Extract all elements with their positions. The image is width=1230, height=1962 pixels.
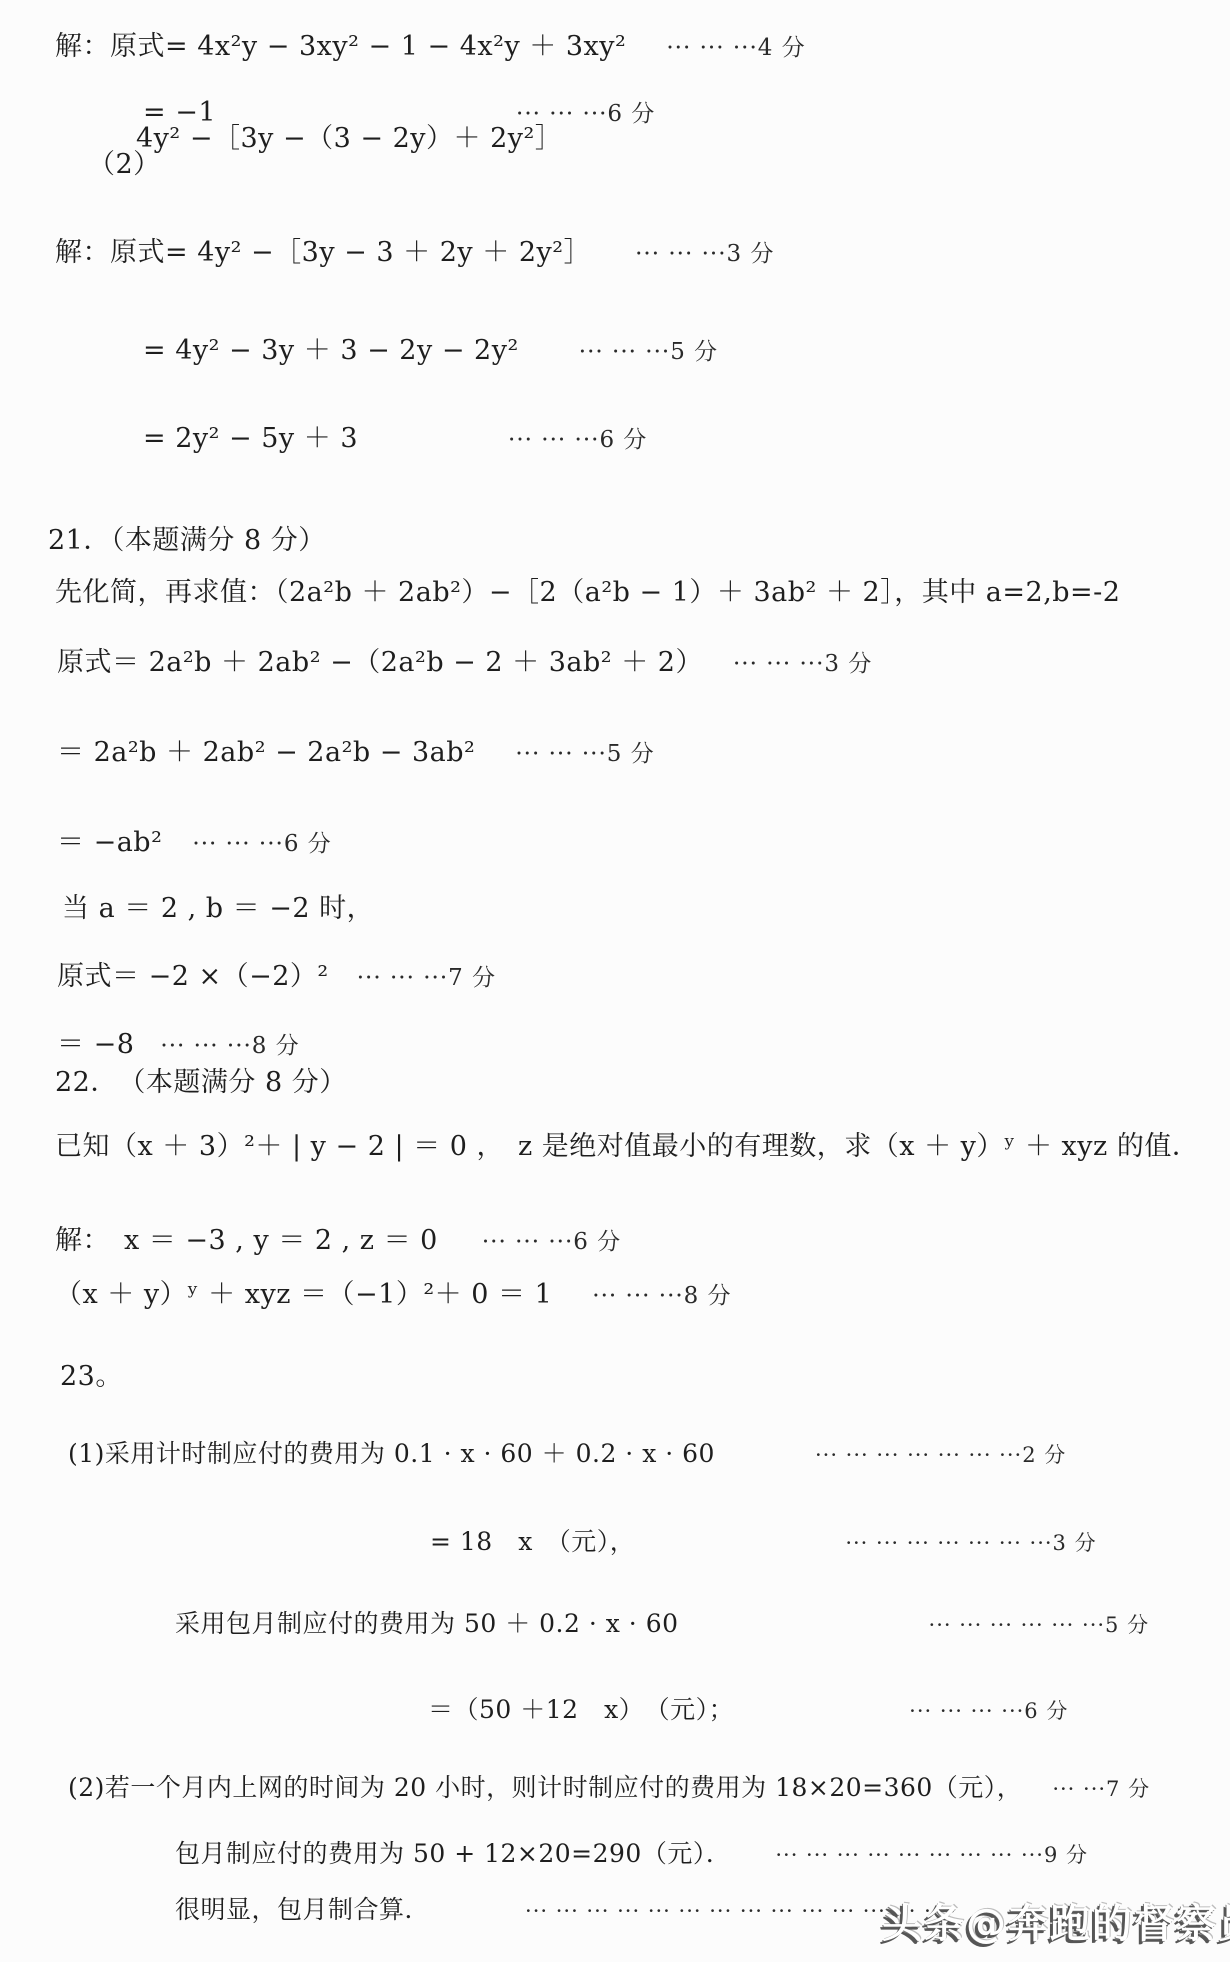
score-mark: ··· ··· ···7 分 bbox=[357, 964, 496, 993]
math-text: = 18 x （元）， bbox=[430, 1526, 635, 1557]
p22-step2: （x ＋ y）ʸ ＋ xyz ＝（−1）²＋ 0 ＝ 1 ··· ··· ···… bbox=[55, 1278, 732, 1312]
score-mark: ··· ··· ··· ··· ··· ··· ···2 分 bbox=[815, 1442, 1066, 1468]
score-mark: ··· ··· ··· ··· ··· ··· ··· ··· ···9 分 bbox=[775, 1842, 1088, 1868]
problem-heading: 22． （本题满分 8 分） bbox=[55, 1066, 347, 1100]
math-text: = 4y² − 3y ＋ 3 − 2y − 2y² bbox=[143, 334, 519, 368]
math-text: (1)采用计时制应付的费用为 0.1 · x · 60 ＋ 0.2 · x · … bbox=[68, 1438, 715, 1469]
math-text: 4y² −［3y −（3 − 2y）＋ 2y²］ bbox=[136, 122, 562, 156]
math-text: ＝（50 ＋12 x） （元）； bbox=[428, 1694, 734, 1725]
answer-sheet: 解：原式= 4x²y − 3xy² − 1 − 4x²y ＋ 3xy² ··· … bbox=[0, 0, 1230, 1962]
p20-part1-step1: 解：原式= 4x²y − 3xy² − 1 − 4x²y ＋ 3xy² ··· … bbox=[55, 30, 806, 64]
p20-part2-step2: = 4y² − 3y ＋ 3 − 2y − 2y² ··· ··· ···5 分 bbox=[143, 334, 718, 368]
p23-step6: 包月制应付的费用为 50 + 12×20=290（元）． ··· ··· ···… bbox=[175, 1838, 1088, 1869]
p21-step1: 原式＝ 2a²b ＋ 2ab² −（2a²b − 2 ＋ 3ab² ＋ 2） ·… bbox=[57, 646, 872, 680]
score-mark: ··· ··· ···4 分 bbox=[666, 34, 805, 63]
math-text: 解： x ＝ −3 , y ＝ 2 , z ＝ 0 bbox=[55, 1224, 438, 1258]
score-mark: ··· ···7 分 bbox=[1052, 1776, 1150, 1802]
p20-part2-step1: 解：原式= 4y² −［3y − 3 ＋ 2y ＋ 2y²］ ··· ··· ·… bbox=[55, 236, 774, 270]
p20-part2-step3: = 2y² − 5y ＋ 3 ··· ··· ···6 分 bbox=[143, 422, 647, 456]
score-mark: ··· ··· ···6 分 bbox=[482, 1228, 621, 1257]
p21-step2: ＝ 2a²b ＋ 2ab² − 2a²b − 3ab² ··· ··· ···5… bbox=[57, 736, 655, 770]
score-mark: ··· ··· ···5 分 bbox=[515, 740, 654, 769]
p22-step1: 解： x ＝ −3 , y ＝ 2 , z ＝ 0 ··· ··· ···6 分 bbox=[55, 1224, 621, 1258]
math-text: 解：原式= 4y² −［3y − 3 ＋ 2y ＋ 2y²］ bbox=[55, 236, 591, 270]
score-mark: ··· ··· ···3 分 bbox=[733, 650, 872, 679]
score-mark: ··· ··· ···8 分 bbox=[592, 1282, 731, 1311]
math-text: 解：原式= 4x²y − 3xy² − 1 − 4x²y ＋ 3xy² bbox=[55, 30, 626, 64]
math-text: 包月制应付的费用为 50 + 12×20=290（元）． bbox=[175, 1838, 731, 1869]
p21-step5: 原式＝ −2 ×（−2）² ··· ··· ···7 分 bbox=[57, 960, 496, 994]
p21-step6: ＝ −8 ··· ··· ···8 分 bbox=[57, 1028, 300, 1062]
p23-step5: (2)若一个月内上网的时间为 20 小时，则计时制应付的费用为 18×20=36… bbox=[68, 1772, 1150, 1803]
math-text: （x ＋ y）ʸ ＋ xyz ＝（−1）²＋ 0 ＝ 1 bbox=[55, 1278, 552, 1312]
score-mark: ··· ··· ··· ···6 分 bbox=[909, 1698, 1068, 1724]
math-text: ＝ −ab² bbox=[57, 826, 162, 860]
problem-heading: 21．（本题满分 8 分） bbox=[48, 524, 326, 558]
p21-step3: ＝ −ab² ··· ··· ···6 分 bbox=[57, 826, 332, 860]
math-text: 原式＝ 2a²b ＋ 2ab² −（2a²b − 2 ＋ 3ab² ＋ 2） bbox=[57, 646, 703, 680]
p21-statement: 先化简，再求值：（2a²b ＋ 2ab²）−［2（a²b − 1）＋ 3ab² … bbox=[55, 576, 1120, 610]
score-mark: ··· ··· ···5 分 bbox=[579, 338, 718, 367]
math-text: 当 a ＝ 2 , b ＝ −2 时， bbox=[62, 892, 374, 926]
score-mark: ··· ··· ···3 分 bbox=[635, 240, 774, 269]
score-mark: ··· ··· ···6 分 bbox=[192, 830, 331, 859]
math-text: 采用包月制应付的费用为 50 ＋ 0.2 · x · 60 bbox=[175, 1608, 679, 1639]
p21-heading: 21．（本题满分 8 分） bbox=[48, 524, 326, 558]
p21-step4: 当 a ＝ 2 , b ＝ −2 时， bbox=[62, 892, 374, 926]
p22-statement: 已知（x ＋ 3）²＋ | y − 2 | ＝ 0 ， z 是绝对值最小的有理数… bbox=[55, 1130, 1199, 1164]
problem-statement: 先化简，再求值：（2a²b ＋ 2ab²）−［2（a²b − 1）＋ 3ab² … bbox=[55, 576, 1120, 610]
p20-part2-expression: 4y² −［3y −（3 − 2y）＋ 2y²］ bbox=[136, 122, 562, 156]
p23-conclusion: 很明显，包月制合算． ··· ··· ··· ··· ··· ··· ··· ·… bbox=[175, 1894, 947, 1925]
problem-heading: 23。 bbox=[60, 1360, 123, 1394]
score-mark: ··· ··· ···8 分 bbox=[160, 1032, 299, 1061]
p23-step1: (1)采用计时制应付的费用为 0.1 · x · 60 ＋ 0.2 · x · … bbox=[68, 1438, 1066, 1469]
math-text: (2)若一个月内上网的时间为 20 小时，则计时制应付的费用为 18×20=36… bbox=[68, 1772, 1022, 1803]
math-text: 很明显，包月制合算． bbox=[175, 1894, 430, 1925]
p23-step2: = 18 x （元）， ··· ··· ··· ··· ··· ··· ···3… bbox=[430, 1526, 1097, 1557]
problem-statement: 已知（x ＋ 3）²＋ | y − 2 | ＝ 0 ， z 是绝对值最小的有理数… bbox=[55, 1130, 1199, 1164]
math-text: 原式＝ −2 ×（−2）² bbox=[57, 960, 329, 994]
p23-heading: 23。 bbox=[60, 1360, 123, 1394]
score-mark: ··· ··· ··· ··· ··· ···5 分 bbox=[929, 1612, 1150, 1638]
math-text: ＝ 2a²b ＋ 2ab² − 2a²b − 3ab² bbox=[57, 736, 475, 770]
p23-step4: ＝（50 ＋12 x） （元）； ··· ··· ··· ···6 分 bbox=[428, 1694, 1068, 1725]
score-mark: ··· ··· ··· ··· ··· ··· ···3 分 bbox=[845, 1530, 1096, 1556]
watermark: 头条@奔跑的督察员 bbox=[882, 1892, 1230, 1949]
math-text: ＝ −8 bbox=[57, 1028, 134, 1062]
p22-heading: 22． （本题满分 8 分） bbox=[55, 1066, 347, 1100]
score-mark: ··· ··· ···6 分 bbox=[508, 426, 647, 455]
p23-step3: 采用包月制应付的费用为 50 ＋ 0.2 · x · 60 ··· ··· ··… bbox=[175, 1608, 1149, 1639]
math-text: = 2y² − 5y ＋ 3 bbox=[143, 422, 358, 456]
